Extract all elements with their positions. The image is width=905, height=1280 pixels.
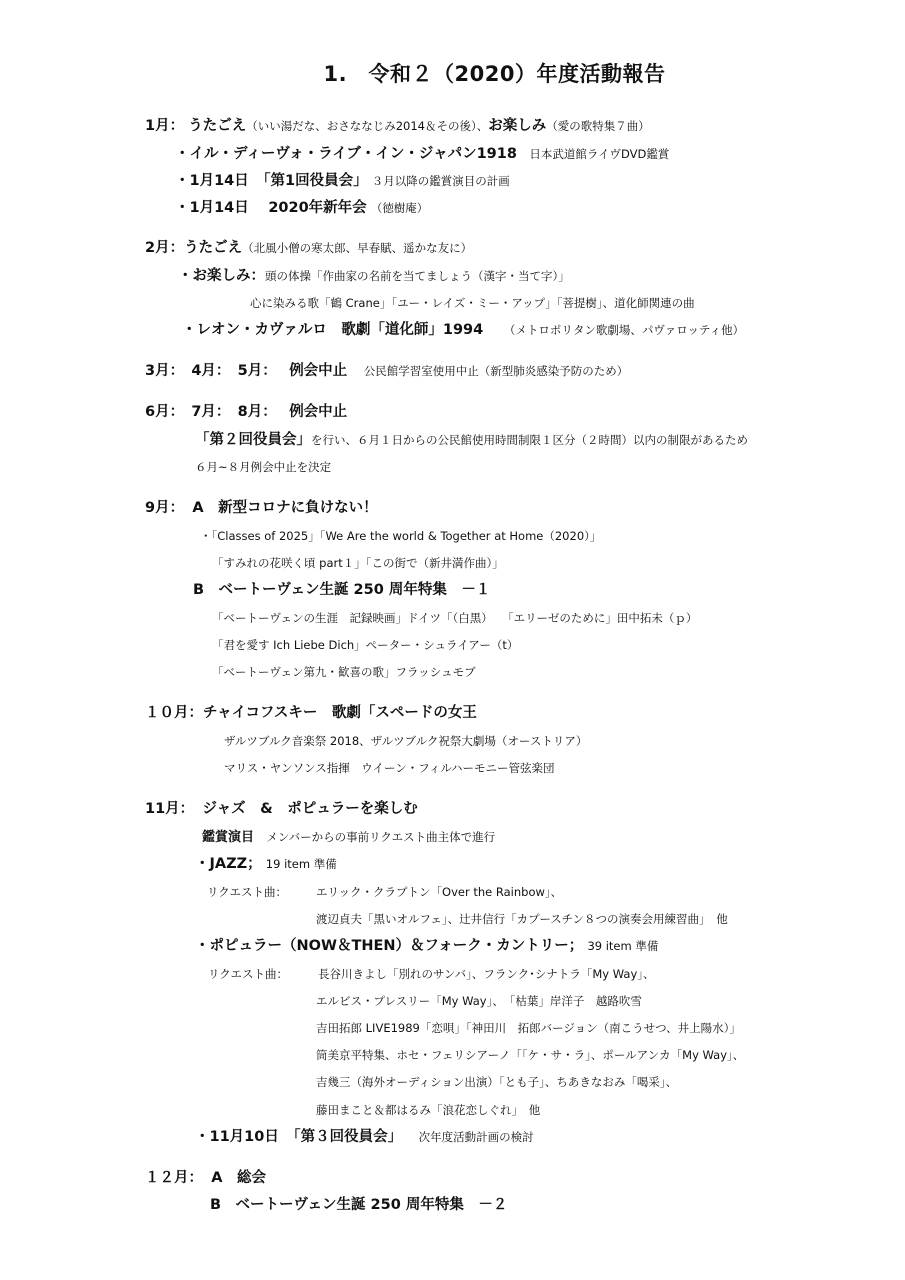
- utagoe-label: うたごえ: [188, 118, 246, 134]
- item-text: 公民館学習室使用中止（新型肺炎感染予防のため）: [364, 364, 629, 378]
- list-item: 鑑賞演目 メンバーからの事前リクエスト曲主体で進行: [202, 828, 495, 847]
- month-label: 1月：: [145, 118, 184, 134]
- section-heading: A 新型コロナに負けない！: [192, 500, 377, 516]
- list-item: 渡辺貞夫「黒いオルフェ」、辻井信行「カプースチン８つの演奏会用練習曲」 他: [316, 910, 728, 929]
- list-item: 「ベートーヴェンの生涯 記録映画」ドイツ「（白黒） 「エリーゼのために」田中拓未…: [212, 609, 697, 628]
- item-text: 「君を愛す Ich Liebe Dich」ペーター・シュライアー（t）: [212, 638, 518, 652]
- list-item: ザルツブルク音楽祭 2018、ザルツブルク祝祭大劇場（オーストリア）: [224, 732, 587, 751]
- month-label: 6月： 7月： 8月：: [145, 404, 277, 420]
- item-text: 吉田拓郎 LIVE1989「恋唄」「神田川 拓郎バージョン（南こうせつ、井上陽水…: [316, 1021, 741, 1035]
- item-bold: ・イル・ディーヴォ・ライブ・イン・ジャパン1918: [175, 146, 517, 162]
- item-bold: 鑑賞演目: [202, 830, 254, 845]
- item-text: ・「Classes of 2025」「We Are the world & To…: [200, 529, 601, 543]
- november-line: 11月： ジャズ & ポピュラーを楽しむ: [145, 800, 418, 819]
- item-bold: ・1月14日 「第1回役員会」: [175, 173, 368, 189]
- list-item: エリック・クラプトン「Over the Rainbow」、: [316, 883, 562, 902]
- item-bold: ・11月10日 「第３回役員会」: [195, 1129, 402, 1145]
- list-item: ６月~８月例会中止を決定: [195, 458, 331, 477]
- item-text: 「ベートーヴェンの生涯 記録映画」ドイツ「（白黒） 「エリーゼのために」田中拓未…: [212, 611, 697, 625]
- item-text: ザルツブルク音楽祭 2018、ザルツブルク祝祭大劇場（オーストリア）: [224, 734, 587, 748]
- item-bold: ・ポピュラー（NOW＆THEN）＆フォーク・カントリー；: [195, 938, 583, 954]
- item-text: （徳樹庵）: [371, 201, 429, 215]
- january-line: 1月： うたごえ（いい湯だな、おさななじみ2014＆その後）、お楽しみ（愛の歌特…: [145, 117, 650, 136]
- request-label: リクエスト曲：: [207, 885, 287, 899]
- utagoe-note: （いい湯だな、おさななじみ2014＆その後）、: [246, 119, 488, 133]
- section-heading: A 総会: [211, 1170, 266, 1186]
- list-item: 「すみれの花咲く頃 part１」「この街で（新井満作曲）」: [212, 554, 504, 573]
- item-text: 藤田まこと＆都はるみ「浪花恋しぐれ」 他: [316, 1103, 540, 1117]
- list-item: ・ポピュラー（NOW＆THEN）＆フォーク・カントリー； 39 item 準備: [195, 937, 658, 956]
- request-label: リクエスト曲：: [208, 967, 288, 981]
- list-item: ・11月10日 「第３回役員会」 次年度活動計画の検討: [195, 1128, 534, 1147]
- list-item: ・1月14日 2020年新年会 （徳樹庵）: [175, 199, 428, 218]
- item-text: 19 item 準備: [266, 857, 337, 871]
- item-text: 「ベートーヴェン第九・歓喜の歌」フラッシュモブ: [212, 665, 476, 679]
- utagoe-note: （北風小僧の寒太郎、早春賦、遥かな友に）: [242, 241, 472, 255]
- item-text: 渡辺貞夫「黒いオルフェ」、辻井信行「カプースチン８つの演奏会用練習曲」 他: [316, 912, 728, 926]
- month-label: 9月：: [145, 500, 184, 516]
- item-text: エリック・クラプトン「Over the Rainbow」、: [316, 885, 562, 899]
- item-text: マリス・ヤンソンス指揮 ウイーン・フィルハーモニー管弦楽団: [224, 761, 555, 775]
- september-line: 9月： A 新型コロナに負けない！: [145, 499, 378, 518]
- otanoshimi-note: （愛の歌特集７曲）: [546, 119, 650, 133]
- otanoshimi-label: ・お楽しみ：: [178, 268, 265, 284]
- month-label: 11月：: [145, 801, 194, 817]
- item-text: メンバーからの事前リクエスト曲主体で進行: [266, 830, 495, 844]
- list-item: 「ベートーヴェン第九・歓喜の歌」フラッシュモブ: [212, 663, 476, 682]
- jun-aug-line: 6月： 7月： 8月： 例会中止: [145, 403, 347, 422]
- list-item: リクエスト曲：: [207, 883, 287, 902]
- list-item: 藤田まこと＆都はるみ「浪花恋しぐれ」 他: [316, 1101, 540, 1120]
- section-heading: ジャズ & ポピュラーを楽しむ: [202, 801, 417, 817]
- item-text: 心に染みる歌「鶴 Crane」「ユー・レイズ・ミー・アップ」「菩提樹」、道化師関…: [250, 296, 695, 310]
- list-item: 吉田拓郎 LIVE1989「恋唄」「神田川 拓郎バージョン（南こうせつ、井上陽水…: [316, 1019, 741, 1038]
- list-item: ・イル・ディーヴォ・ライブ・イン・ジャパン1918 日本武道館ライヴDVD鑑賞: [175, 145, 669, 164]
- section-heading-line: B ベートーヴェン生誕 250 周年特集 －２: [210, 1196, 507, 1215]
- december-line: １２月： A 総会: [145, 1169, 266, 1188]
- list-item: リクエスト曲：: [208, 965, 288, 984]
- item-text: エルビス・プレスリー「My Way」、 「枯葉」岸洋子 越路吹雪: [316, 994, 642, 1008]
- page-title: 1. 令和２（2020）年度活動報告: [0, 58, 905, 88]
- item-bold: 「第２回役員会」: [195, 432, 311, 448]
- item-text: 次年度活動計画の検討: [419, 1130, 534, 1144]
- section-heading: チャイコフスキー 歌劇「スペードの女王: [203, 705, 477, 721]
- month-label: １０月：: [145, 705, 203, 721]
- list-item: 筒美京平特集、ホセ・フェリシアーノ「「ケ・サ・ラ」、ポールアンカ「My Way」…: [316, 1046, 744, 1065]
- list-item: マリス・ヤンソンス指揮 ウイーン・フィルハーモニー管弦楽団: [224, 759, 555, 778]
- list-item: 長谷川きよし「別れのサンバ」、フランク･シナトラ「My Way」、: [318, 965, 655, 984]
- item-text: 筒美京平特集、ホセ・フェリシアーノ「「ケ・サ・ラ」、ポールアンカ「My Way」…: [316, 1048, 744, 1062]
- list-item: エルビス・プレスリー「My Way」、 「枯葉」岸洋子 越路吹雪: [316, 992, 642, 1011]
- february-line: 2月：うたごえ（北風小僧の寒太郎、早春賦、遥かな友に）: [145, 239, 472, 258]
- item-text: 長谷川きよし「別れのサンバ」、フランク･シナトラ「My Way」、: [318, 967, 655, 981]
- list-item: ・「Classes of 2025」「We Are the world & To…: [200, 527, 601, 546]
- october-line: １０月：チャイコフスキー 歌劇「スペードの女王: [145, 704, 477, 723]
- status-label: 例会中止: [289, 363, 347, 379]
- item-text: 吉幾三（海外オーディション出演）「とも子」、ちあきなおみ「喝采」、: [316, 1075, 677, 1089]
- list-item: 吉幾三（海外オーディション出演）「とも子」、ちあきなおみ「喝采」、: [316, 1073, 677, 1092]
- item-text: ６月~８月例会中止を決定: [195, 460, 331, 474]
- list-item: ・JAZZ； 19 item 準備: [195, 855, 337, 874]
- list-item: 心に染みる歌「鶴 Crane」「ユー・レイズ・ミー・アップ」「菩提樹」、道化師関…: [250, 294, 695, 313]
- item-bold: ・JAZZ；: [195, 856, 262, 872]
- list-item: 「君を愛す Ich Liebe Dich」ペーター・シュライアー（t）: [212, 636, 518, 655]
- utagoe-label: うたごえ: [184, 240, 242, 256]
- otanoshimi-label: お楽しみ: [488, 118, 546, 134]
- item-text: （メトロポリタン歌劇場、パヴァロッティ他）: [504, 323, 744, 337]
- list-item: ・レオン・カヴァルロ 歌劇「道化師」1994 （メトロポリタン歌劇場、パヴァロッ…: [182, 321, 744, 340]
- item-text: 39 item 準備: [587, 939, 658, 953]
- item-bold: ・レオン・カヴァルロ 歌劇「道化師」1994: [182, 322, 483, 338]
- month-label: １２月：: [145, 1170, 203, 1186]
- list-item: 「第２回役員会」を行い、６月１日からの公民館使用時間制限１区分（２時間）以内の制…: [195, 431, 748, 450]
- section-heading: B ベートーヴェン生誕 250 周年特集 －２: [210, 1197, 507, 1213]
- month-label: 3月： 4月： 5月：: [145, 363, 277, 379]
- section-heading-line: B ベートーヴェン生誕 250 周年特集 －１: [193, 581, 490, 600]
- list-item: ・1月14日 「第1回役員会」 ３月以降の鑑賞演目の計画: [175, 172, 510, 191]
- item-bold: ・1月14日 2020年新年会: [175, 200, 367, 216]
- section-heading: B ベートーヴェン生誕 250 周年特集 －１: [193, 582, 490, 598]
- item-text: 日本武道館ライヴDVD鑑賞: [529, 147, 669, 161]
- item-text: ３月以降の鑑賞演目の計画: [372, 174, 510, 188]
- status-label: 例会中止: [289, 404, 347, 420]
- mar-may-line: 3月： 4月： 5月： 例会中止 公民館学習室使用中止（新型肺炎感染予防のため）: [145, 362, 628, 381]
- item-text: を行い、６月１日からの公民館使用時間制限１区分（２時間）以内の制限があるため: [311, 433, 748, 447]
- item-text: 「すみれの花咲く頃 part１」「この街で（新井満作曲）」: [212, 556, 504, 570]
- item-text: 頭の体操「作曲家の名前を当てましょう（漢字・当て字）」: [265, 269, 570, 283]
- list-item: ・お楽しみ：頭の体操「作曲家の名前を当てましょう（漢字・当て字）」: [178, 267, 570, 286]
- month-label: 2月：: [145, 240, 184, 256]
